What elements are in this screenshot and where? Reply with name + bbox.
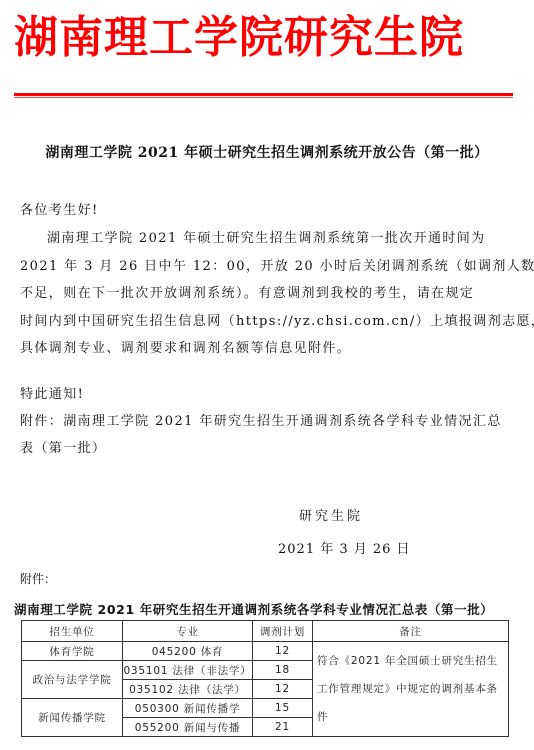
signature-date: 2021 年 3 月 26 日 — [278, 538, 411, 557]
body-line: 具体调剂专业、调剂要求和调剂名额等信息见附件。 — [20, 335, 534, 363]
body-line: 不足，则在下一批次开放调剂系统）。有意调剂到我校的考生，请在规定 — [20, 280, 534, 308]
body-line: 2021 年 3 月 26 日中午 12：00，开放 20 小时后关闭调剂系统（… — [20, 253, 534, 281]
major-cell: 050300 新闻传播学 — [123, 699, 253, 718]
plan-cell: 12 — [253, 680, 313, 699]
attachment-line: 表（第一批） — [20, 435, 502, 462]
header-unit: 招生单位 — [22, 621, 123, 642]
major-cell: 035102 法律（法学） — [123, 680, 253, 699]
header-plan: 调剂计划 — [253, 621, 313, 642]
plan-cell: 15 — [253, 699, 313, 718]
signer: 研究生院 — [299, 505, 363, 524]
salutation: 各位考生好! — [20, 198, 99, 223]
header-major: 专业 — [123, 621, 253, 642]
announcement-body: 湖南理工学院 2021 年硕士研究生招生调剂系统第一批次开通时间为 2021 年… — [20, 225, 534, 363]
attachment-reference: 附件：湖南理工学院 2021 年研究生招生开通调剂系统各学科专业情况汇总 表（第… — [20, 408, 502, 462]
plan-cell: 12 — [253, 642, 313, 661]
remark-cell: 符合《2021 年全国硕士研究生招生工作管理规定》中规定的调剂基本条件 — [313, 642, 509, 737]
plan-cell: 21 — [253, 718, 313, 737]
masthead-rule-thick — [14, 93, 513, 96]
body-line: 时间内到中国研究生招生信息网（https://yz.chsi.com.cn/）上… — [20, 308, 534, 336]
major-cell: 045200 体育 — [123, 642, 253, 661]
unit-cell: 新闻传播学院 — [22, 699, 123, 737]
major-cell: 055200 新闻与传播 — [123, 718, 253, 737]
table-title: 湖南理工学院 2021 年研究生招生开通调剂系统各学科专业情况汇总表（第一批） — [14, 600, 493, 618]
unit-cell: 体育学院 — [22, 642, 123, 661]
masthead-title: 湖南理工学院研究生院 — [14, 10, 514, 66]
plan-cell: 18 — [253, 661, 313, 680]
table-header-row: 招生单位 专业 调剂计划 备注 — [22, 621, 509, 642]
masthead-rule-thin — [14, 97, 513, 98]
header-remark: 备注 — [313, 621, 509, 642]
attachment-line: 附件：湖南理工学院 2021 年研究生招生开通调剂系统各学科专业情况汇总 — [20, 408, 502, 435]
announcement-title: 湖南理工学院 2021 年硕士研究生招生调剂系统开放公告（第一批） — [0, 142, 534, 162]
summary-table: 招生单位 专业 调剂计划 备注 体育学院 045200 体育 12 符合《202… — [21, 620, 509, 737]
unit-cell: 政治与法学学院 — [22, 661, 123, 699]
body-line: 湖南理工学院 2021 年硕士研究生招生调剂系统第一批次开通时间为 — [20, 225, 534, 253]
attachment-label: 附件： — [20, 570, 56, 587]
closing-notice: 特此通知! — [20, 382, 84, 407]
major-cell: 035101 法律（非法学） — [123, 661, 253, 680]
table-row: 体育学院 045200 体育 12 符合《2021 年全国硕士研究生招生工作管理… — [22, 642, 509, 661]
